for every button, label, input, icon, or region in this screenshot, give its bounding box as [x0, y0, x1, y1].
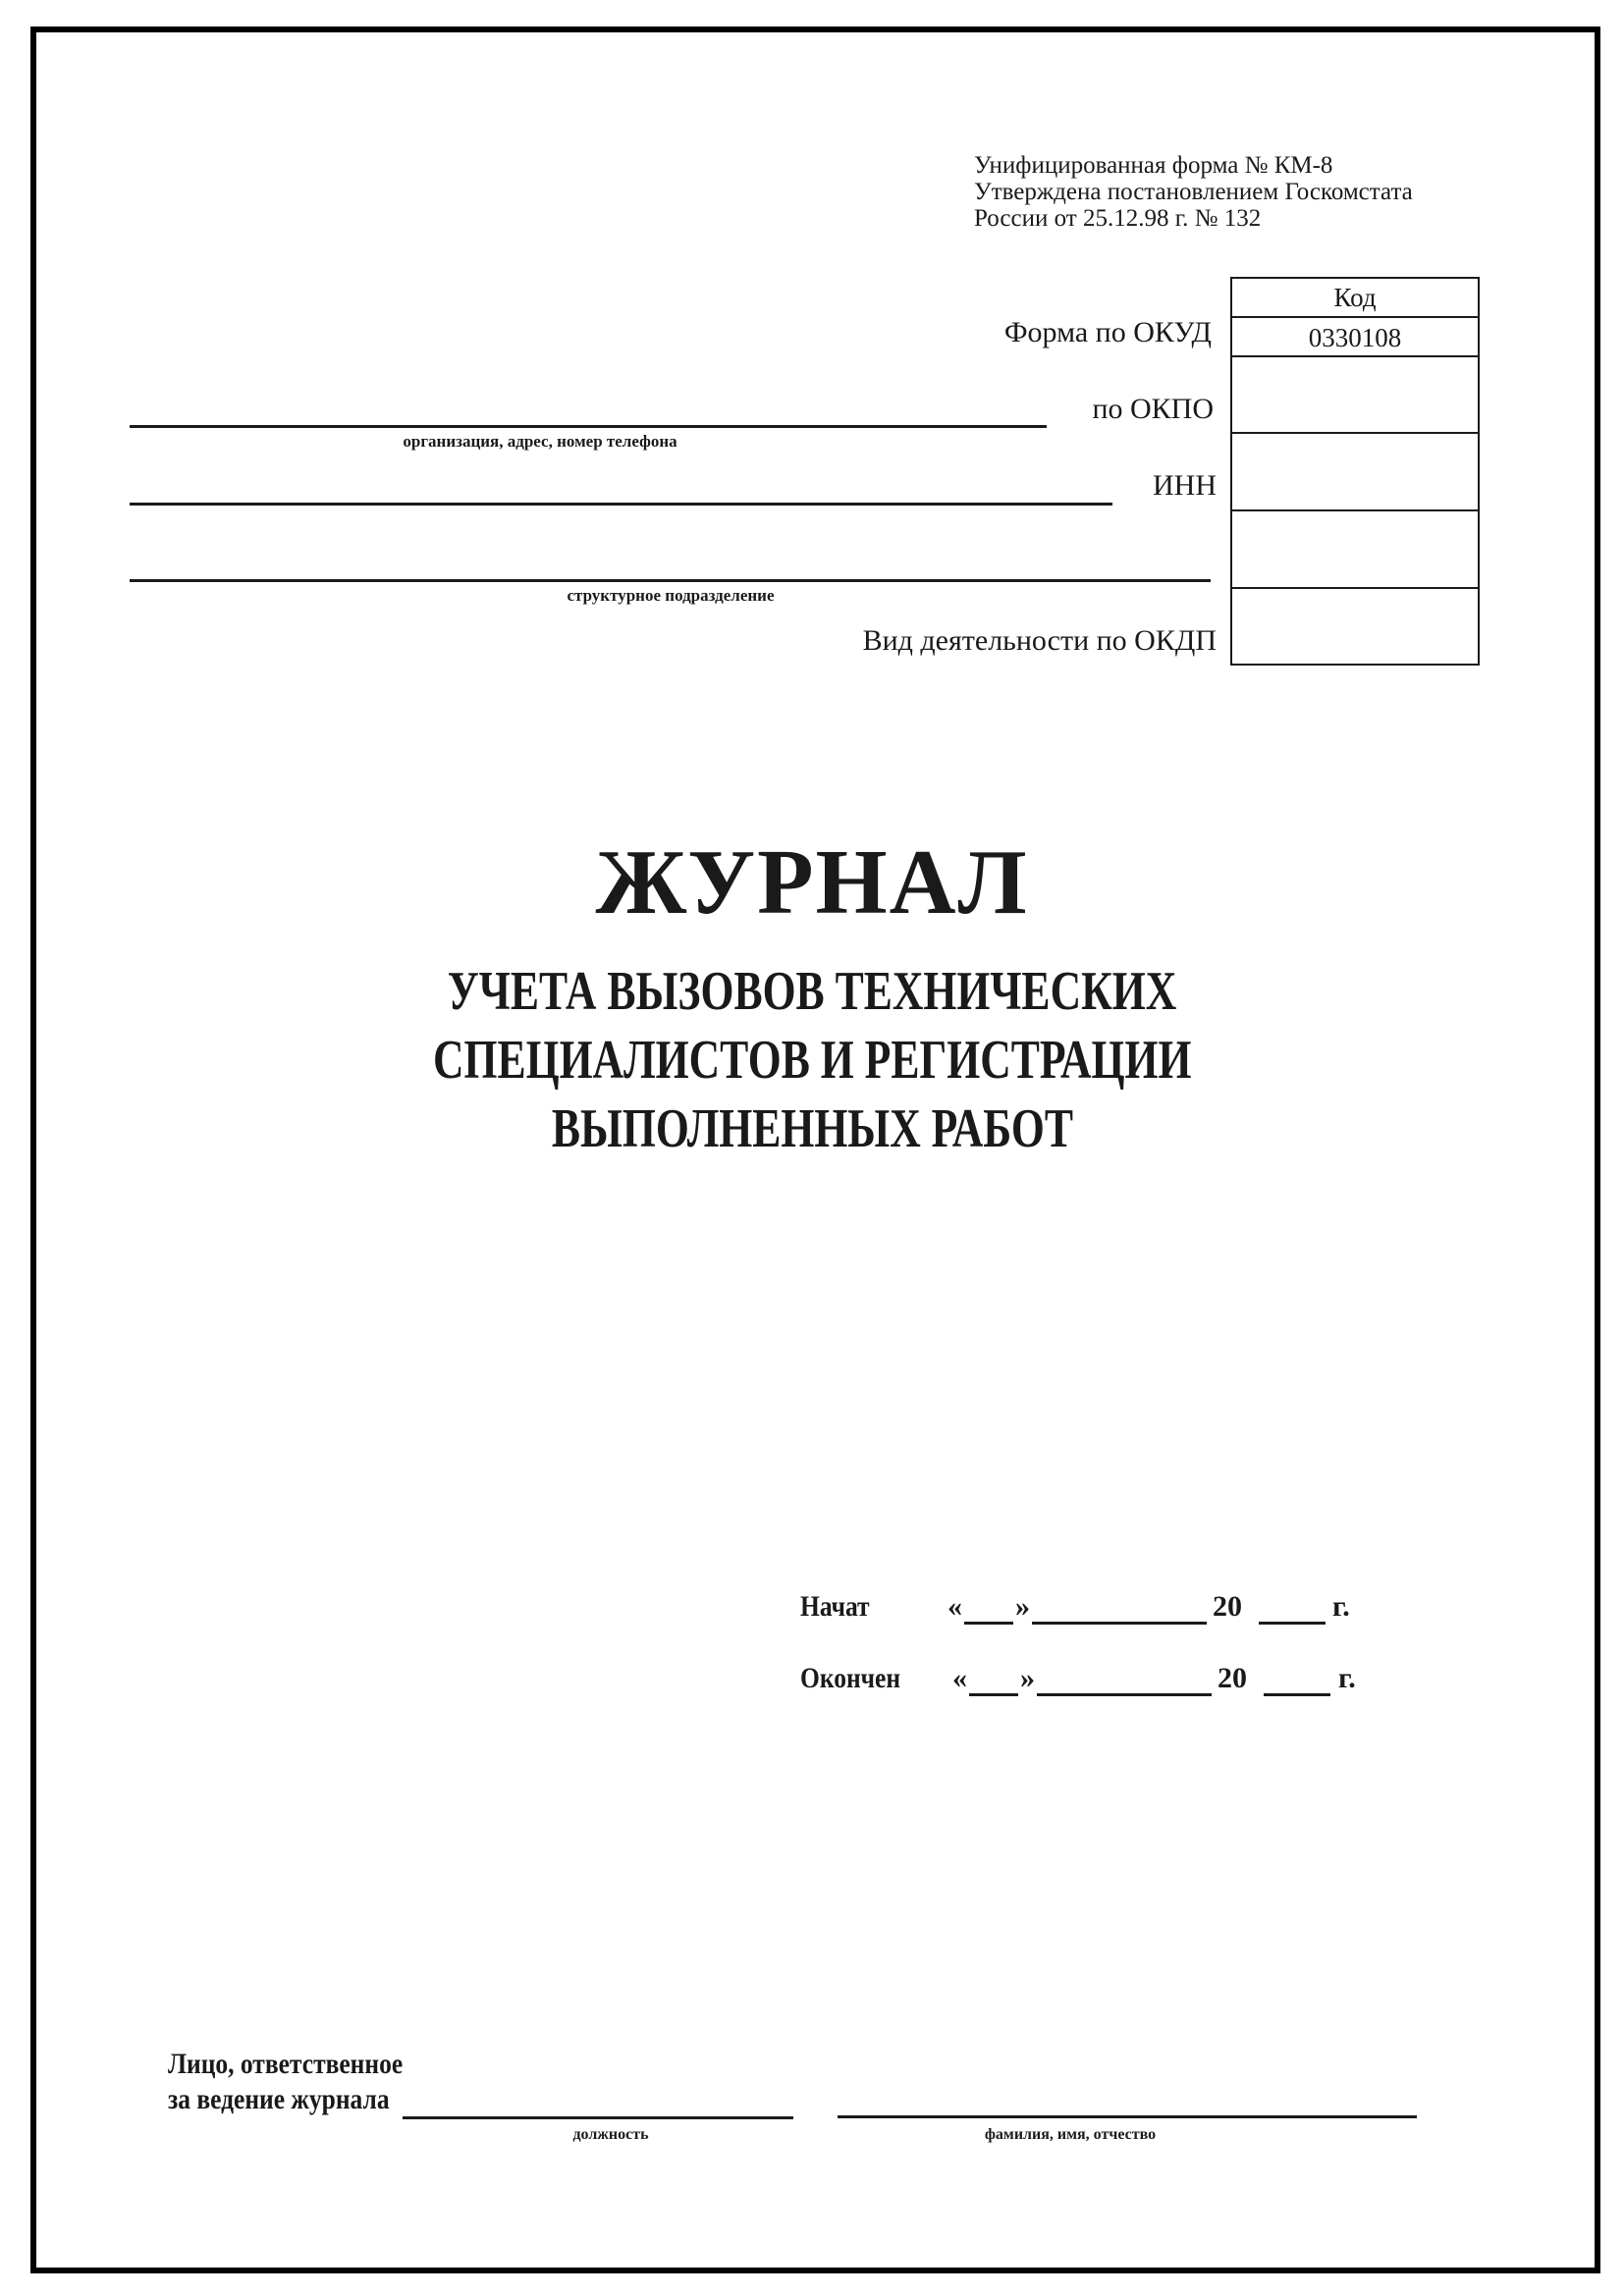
- subtitle-text-3: ВЫПОЛНЕННЫХ РАБОТ: [551, 1101, 1072, 1156]
- form-approval-note: Унифицированная форма № КМ-8 Утверждена …: [974, 152, 1413, 232]
- okdp-code-cell[interactable]: [1232, 587, 1478, 664]
- okpo-code-cell[interactable]: [1232, 355, 1478, 432]
- okud-code-cell: 0330108: [1232, 316, 1478, 355]
- finished-label: Окончен: [800, 1662, 900, 1695]
- subtitle-text-2: СПЕЦИАЛИСТОВ И РЕГИСТРАЦИИ: [433, 1033, 1192, 1088]
- journal-title: ЖУРНАЛ: [0, 829, 1624, 935]
- close-quote: »: [1020, 1662, 1035, 1695]
- full-name-field-line[interactable]: [838, 2115, 1417, 2118]
- full-name-caption: фамилия, имя, отчество: [985, 2126, 1156, 2144]
- okpo-label: по ОКПО: [1092, 393, 1214, 426]
- codes-header: Код: [1232, 279, 1478, 316]
- responsible-person-label: Лицо, ответственное за ведение журнала: [168, 2047, 444, 2117]
- inn-code-cell[interactable]: [1232, 432, 1478, 509]
- finished-day-field[interactable]: [969, 1693, 1018, 1696]
- organization-field-line[interactable]: [130, 425, 1047, 428]
- finished-year-suffix: г.: [1338, 1662, 1356, 1695]
- position-caption: должность: [572, 2126, 648, 2144]
- department-caption: структурное подразделение: [567, 586, 774, 606]
- journal-subtitle-line-3: ВЫПОЛНЕННЫХ РАБОТ: [0, 1101, 1624, 1156]
- position-field-line[interactable]: [403, 2116, 793, 2119]
- journal-subtitle-line-2: СПЕЦИАЛИСТОВ И РЕГИСТРАЦИИ: [0, 1033, 1624, 1088]
- started-century: 20: [1213, 1590, 1242, 1624]
- started-year-field[interactable]: [1259, 1622, 1326, 1625]
- open-quote: «: [952, 1662, 967, 1695]
- approval-line-2: Утверждена постановлением Госкомстата: [974, 179, 1413, 205]
- started-label: Начат: [800, 1590, 870, 1624]
- organization-caption: организация, адрес, номер телефона: [403, 432, 677, 452]
- responsible-label-line-2: за ведение журнала: [168, 2082, 403, 2117]
- close-quote: »: [1015, 1590, 1030, 1624]
- started-day-field[interactable]: [964, 1622, 1013, 1625]
- responsible-label-line-1: Лицо, ответственное: [168, 2047, 403, 2082]
- codes-table: Код 0330108: [1230, 277, 1480, 666]
- finished-century: 20: [1218, 1662, 1247, 1695]
- open-quote: «: [947, 1590, 962, 1624]
- okdp-label: Вид деятельности по ОКДП: [863, 624, 1217, 658]
- approval-line-3: России от 25.12.98 г. № 132: [974, 205, 1413, 232]
- started-year-suffix: г.: [1332, 1590, 1350, 1624]
- finished-month-field[interactable]: [1037, 1693, 1212, 1696]
- inn-field-line[interactable]: [130, 503, 1112, 506]
- inn-label: ИНН: [1153, 469, 1217, 503]
- journal-subtitle-line-1: УЧЕТА ВЫЗОВОВ ТЕХНИЧЕСКИХ: [0, 964, 1624, 1019]
- department-field-line[interactable]: [130, 579, 1211, 582]
- blank-code-cell[interactable]: [1232, 509, 1478, 587]
- finished-year-field[interactable]: [1264, 1693, 1330, 1696]
- okud-label: Форма по ОКУД: [1004, 316, 1212, 349]
- started-month-field[interactable]: [1032, 1622, 1207, 1625]
- subtitle-text-1: УЧЕТА ВЫЗОВОВ ТЕХНИЧЕСКИХ: [448, 964, 1177, 1019]
- approval-line-1: Унифицированная форма № КМ-8: [974, 152, 1413, 179]
